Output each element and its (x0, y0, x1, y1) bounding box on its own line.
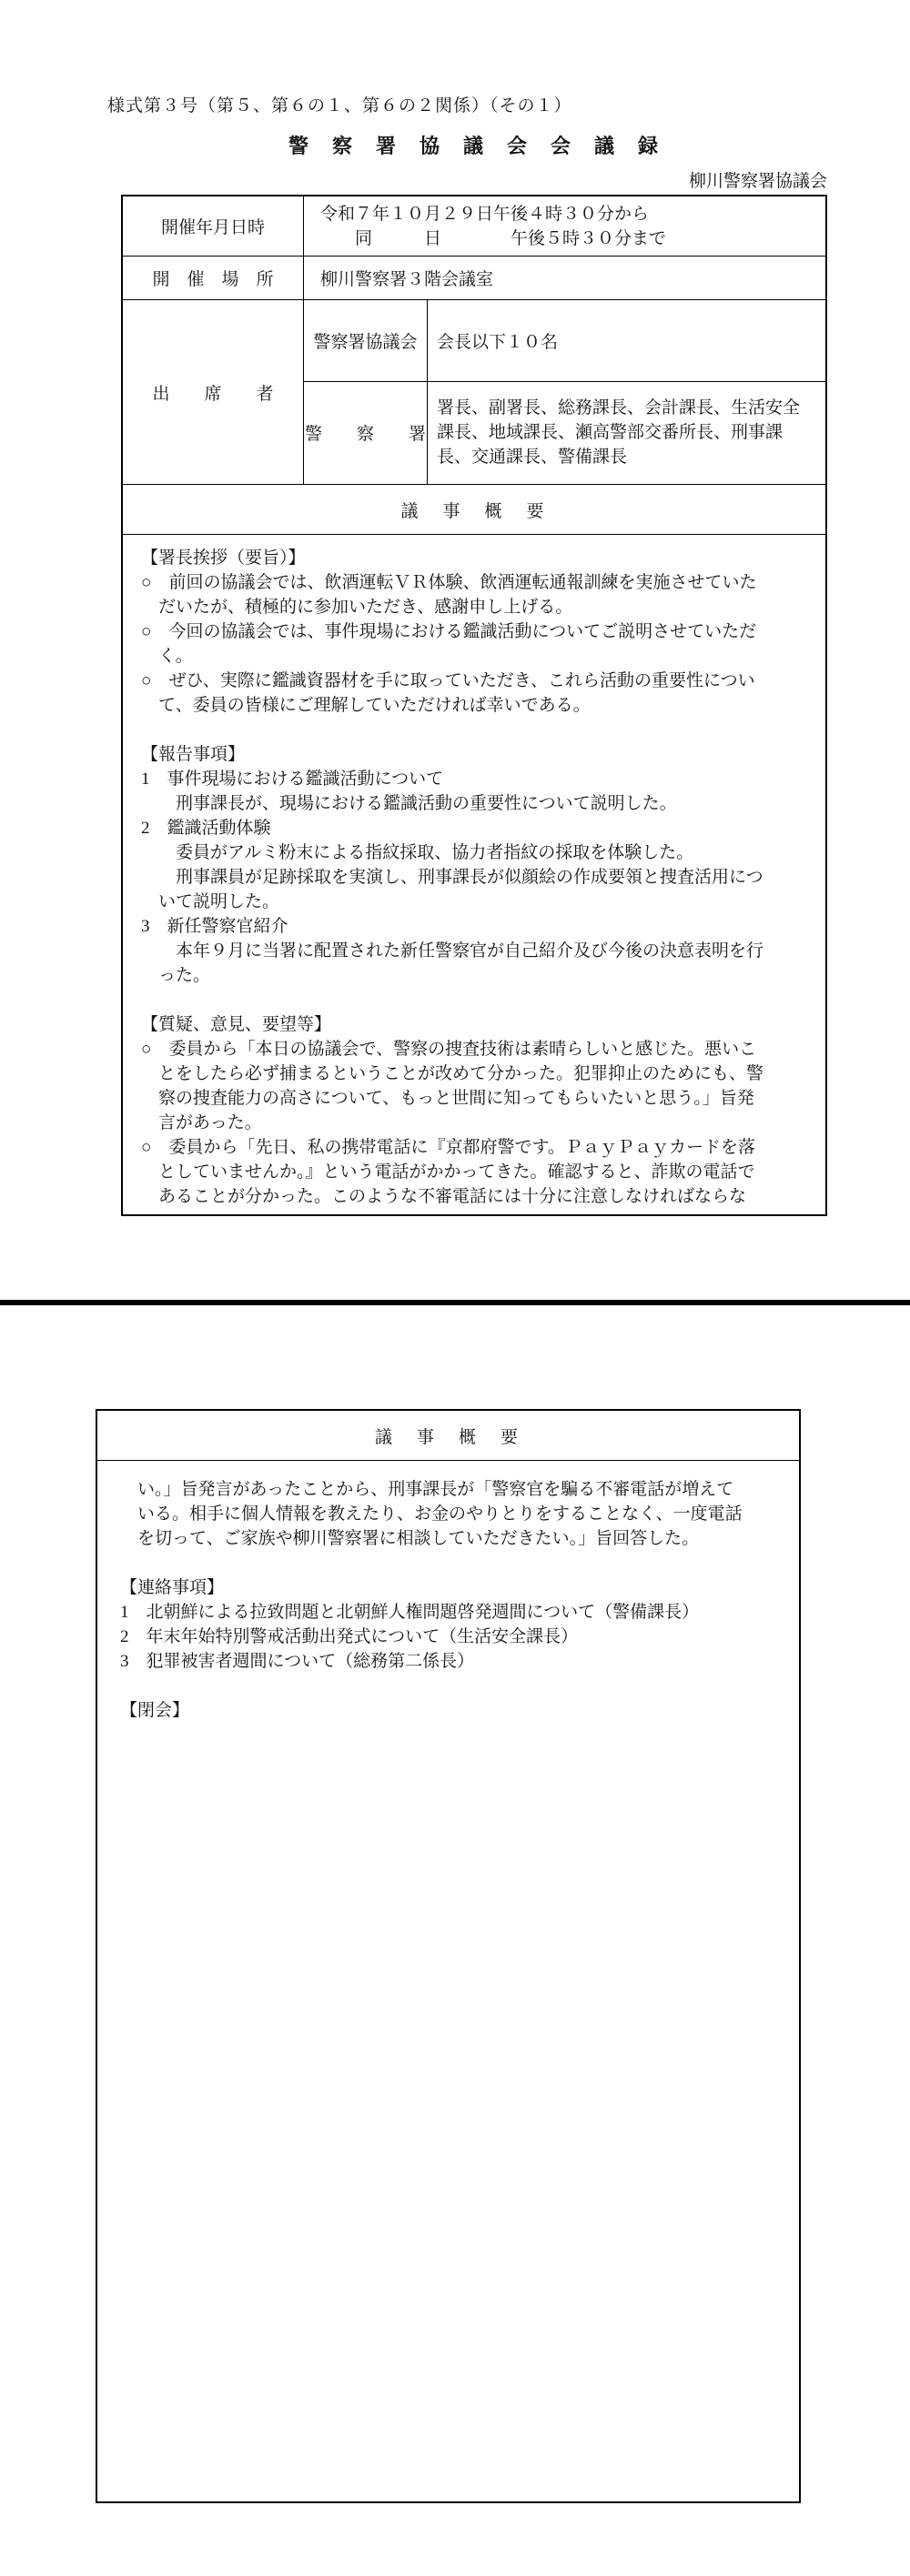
text-line: 課長、地域課長、瀬高警部交番所長、刑事課 (437, 420, 825, 445)
text-line (141, 988, 813, 1012)
text-line: い。」旨発言があったことから、刑事課長が「警察官を騙る不審電話が増えて (120, 1477, 786, 1502)
datetime-label: 開催年月日時 (123, 196, 304, 256)
text-line (141, 718, 813, 742)
text-line: 2 年末年始特別警戒活動出発式について（生活安全課長） (120, 1625, 786, 1649)
text-line: 同 日 午後５時３０分まで (320, 226, 825, 251)
attendees-row: 出 席 者 警察署協議会 会長以下１０名 警 察 署 署長、副署長、総務課長、会… (123, 300, 825, 485)
text-line: 言があった。 (141, 1111, 813, 1135)
attendees-label: 出 席 者 (123, 300, 304, 484)
form-number-text: 様式第３号（第５、第６の１、第６の２関係）（その１） (107, 92, 572, 116)
text-line: 察の捜査能力の高さについて、もっと世間に知ってもらいたいと思う。」旨発 (141, 1086, 813, 1111)
minutes-body-page1: 【署長挨拶（要旨）】○ 前回の協議会では、飲酒運転ＶＲ体験、飲酒運転通報訓練を実… (123, 535, 825, 1214)
police-subrow-label: 警 察 署 (304, 382, 428, 484)
text-line: 2 鑑識活動体験 (141, 816, 813, 840)
text-line: 刑事課員が足跡採取を実演し、刑事課長が似顔絵の作成要領と捜査活用につ (141, 865, 813, 890)
text-line: ○ 今回の協議会では、事件現場における鑑識活動についてご説明させていただ (141, 619, 813, 644)
text-line: いて説明した。 (141, 890, 813, 914)
text-line: 1 事件現場における鑑識活動について (141, 767, 813, 791)
text-line: ○ 委員から「本日の協議会で、警察の捜査技術は素晴らしいと感じた。悪いこ (141, 1037, 813, 1062)
text-line: 3 犯罪被害者週間について（総務第二係長） (120, 1649, 786, 1674)
police-subrow-value: 署長、副署長、総務課長、会計課長、生活安全課長、地域課長、瀬高警部交番所長、刑事… (428, 382, 825, 484)
attendees-subtable: 警察署協議会 会長以下１０名 警 察 署 署長、副署長、総務課長、会計課長、生活… (304, 300, 825, 484)
text-line: 令和７年１０月２９日午後４時３０分から (320, 202, 825, 226)
text-line: 1 北朝鮮による拉致問題と北朝鮮人権問題啓発週間について（警備課長） (120, 1600, 786, 1625)
text-line: った。 (141, 963, 813, 988)
council-name-text: 柳川警察署協議会 (121, 167, 827, 192)
text-line: 【連絡事項】 (120, 1575, 786, 1600)
minutes-body-page2: い。」旨発言があったことから、刑事課長が「警察官を騙る不審電話が増えて いる。相… (97, 1461, 799, 2501)
scanned-document-canvas: { "document": { "page1": { "form_number"… (0, 0, 910, 2576)
text-line: 3 新任警察官紹介 (141, 914, 813, 939)
text-line: 【署長挨拶（要旨）】 (141, 546, 813, 570)
text-line: あることが分かった。このような不審電話には十分に注意しなければならな (141, 1184, 813, 1209)
text-line: ○ 委員から「先日、私の携帯電話に『京都府警です。ＰａｙＰａｙカードを落 (141, 1135, 813, 1160)
text-line: く。 (141, 644, 813, 669)
summary-header-page1: 議 事 概 要 (123, 485, 825, 535)
council-subrow-label: 警察署協議会 (304, 300, 428, 381)
datetime-value: 令和７年１０月２９日午後４時３０分から 同 日 午後５時３０分まで (304, 196, 825, 256)
text-line: ○ ぜひ、実際に鑑識資器材を手に取っていただき、これら活動の重要性につい (141, 669, 813, 693)
place-row: 開 催 場 所 柳川警察署３階会議室 (123, 257, 825, 300)
text-line: て、委員の皆様にご理解していただければ幸いである。 (141, 693, 813, 718)
police-subrow: 警 察 署 署長、副署長、総務課長、会計課長、生活安全課長、地域課長、瀬高警部交… (304, 382, 825, 484)
text-line (120, 1674, 786, 1698)
minutes-table-page2: 議 事 概 要 い。」旨発言があったことから、刑事課長が「警察官を騙る不審電話が… (96, 1409, 801, 2503)
text-line: 【閉会】 (120, 1698, 786, 1723)
text-line: 刑事課長が、現場における鑑識活動の重要性について説明した。 (141, 791, 813, 816)
document-title: 警 察 署 協 議 会 会 議 録 (121, 131, 827, 159)
text-line: 【報告事項】 (141, 742, 813, 767)
text-line: 署長、副署長、総務課長、会計課長、生活安全 (437, 396, 825, 420)
text-line: とをしたら必ず捕まるということが改めて分かった。犯罪抑止のためにも、警 (141, 1062, 813, 1086)
text-line: いる。相手に個人情報を教えたり、お金のやりとりをすることなく、一度電話 (120, 1502, 786, 1526)
council-subrow: 警察署協議会 会長以下１０名 (304, 300, 825, 382)
text-line: 長、交通課長、警備課長 (437, 445, 825, 469)
place-value: 柳川警察署３階会議室 (304, 257, 825, 299)
text-line: を切って、ご家族や柳川警察署に相談していただきたい。」旨回答した。 (120, 1526, 786, 1551)
text-line: 委員がアルミ粉末による指紋採取、協力者指紋の採取を体験した。 (141, 840, 813, 865)
text-line: 【質疑、意見、要望等】 (141, 1012, 813, 1037)
meeting-info-table: 開催年月日時 令和７年１０月２９日午後４時３０分から 同 日 午後５時３０分まで… (121, 195, 827, 1216)
text-line (120, 1551, 786, 1575)
datetime-row: 開催年月日時 令和７年１０月２９日午後４時３０分から 同 日 午後５時３０分まで (123, 196, 825, 257)
place-label: 開 催 場 所 (123, 257, 304, 299)
council-subrow-value: 会長以下１０名 (428, 300, 825, 381)
text-line: ○ 前回の協議会では、飲酒運転ＶＲ体験、飲酒運転通報訓練を実施させていた (141, 570, 813, 595)
text-line: 本年９月に当署に配置された新任警察官が自己紹介及び今後の決意表明を行 (141, 939, 813, 963)
page-separator-bar (0, 1300, 910, 1305)
text-line: としていませんか。』という電話がかかってきた。確認すると、詐欺の電話で (141, 1160, 813, 1184)
text-line: だいたが、積極的に参加いただき、感謝申し上げる。 (141, 595, 813, 619)
summary-header-page2: 議 事 概 要 (97, 1411, 799, 1461)
